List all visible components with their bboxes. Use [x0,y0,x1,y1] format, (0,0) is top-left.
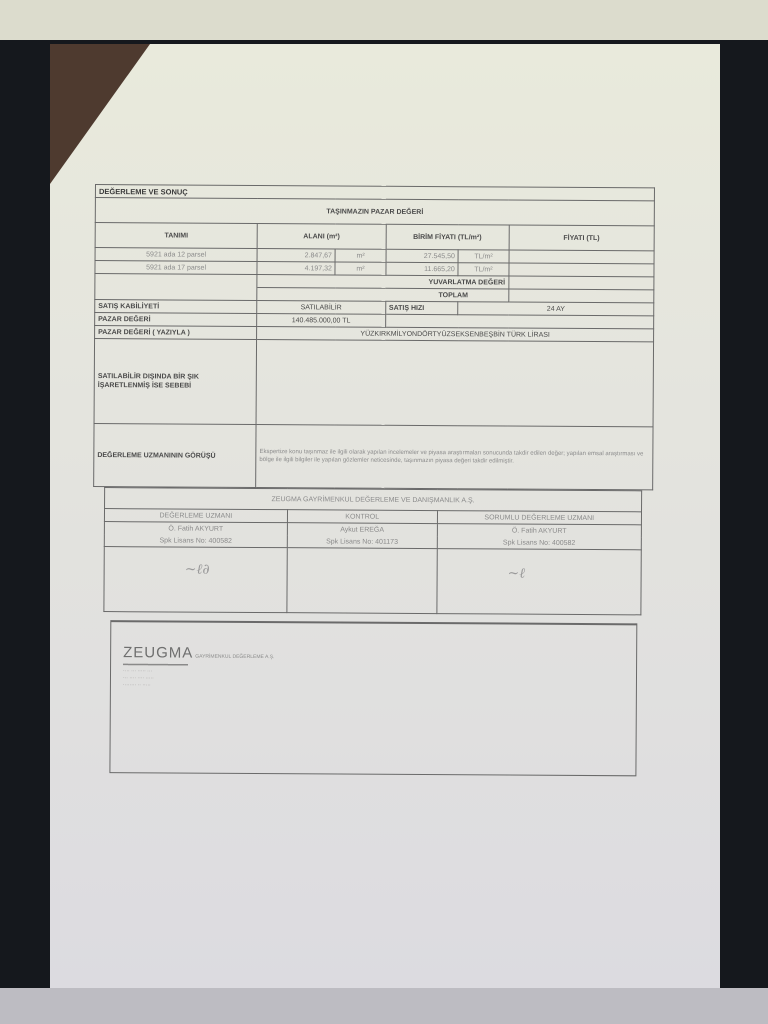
not-saleable-reason-label: SATILABİLİR DIŞINDA BİR ŞIK İŞARETLENMİŞ… [94,339,257,425]
wall-background [0,0,768,42]
row-unit-price: 11.665,20 [386,262,459,275]
signature-area [287,548,438,614]
market-value-label: PAZAR DEĞERİ [95,313,257,327]
row-area-unit: m² [335,249,385,262]
signatory-license: Spk Lisans No: 400582 [437,536,641,550]
col-header-name: TANIMI [95,223,257,249]
total-value [508,289,653,303]
market-value-written-label: PAZAR DEĞERİ ( YAZIYLA ) [95,326,257,340]
market-value: 140.485.000,00 TL [257,313,386,327]
saleability-value: SATILABİLİR [257,300,386,314]
row-price [509,263,654,277]
signature-area: ~ℓ∂ [104,547,287,613]
valuation-document: DEĞERLEME VE SONUÇ TAŞINMAZIN PAZAR DEĞE… [91,184,655,776]
wooden-corner [50,44,150,184]
row-unit-price: 27.545,50 [386,249,459,262]
market-value-title: TAŞINMAZIN PAZAR DEĞERİ [95,198,654,226]
signatory-name: Ö. Fatih AKYURT [105,522,288,536]
row-area: 4.197,32 [257,261,335,274]
signatory-name: Aykut EREĞA [287,523,437,536]
row-unit-price-unit: TL/m² [458,263,508,276]
document-screen: DEĞERLEME VE SONUÇ TAŞINMAZIN PAZAR DEĞE… [50,44,720,988]
stamp-suffix: GAYRİMENKUL DEĞERLEME A.Ş. [195,654,274,660]
row-price [509,250,654,264]
signature-area: ~ℓ [437,549,641,615]
signature-mark: ~ℓ [507,570,525,579]
company-stamp: ZEUGMA GAYRİMENKUL DEĞERLEME A.Ş. ▬▬▬▬▬▬… [123,644,275,690]
signatory-name: Ö. Fatih AKYURT [437,524,641,538]
row-area: 2.847,67 [257,248,335,261]
signatory-role: DEĞERLEME UZMANI [105,509,288,523]
signature-mark: ~ℓ∂ [185,566,210,575]
signatory-license: Spk Lisans No: 401173 [287,535,437,548]
row-name: 5921 ada 12 parsel [95,248,257,262]
stamp-logo: ZEUGMA [123,644,193,661]
row-unit-price-unit: TL/m² [458,250,508,263]
valuation-table: DEĞERLEME VE SONUÇ TAŞINMAZIN PAZAR DEĞE… [93,184,655,490]
rounding-value [508,276,653,290]
row-name: 5921 ada 17 parsel [95,261,257,275]
expert-opinion-label: DEĞERLEME UZMANININ GÖRÜŞÜ [94,423,257,487]
sale-speed-label: SATIŞ HIZI [385,301,458,314]
sale-speed-value: 24 AY [458,302,654,316]
col-header-unit-price: BİRİM FİYATI (TL/m²) [386,224,509,250]
row-area-unit: m² [335,262,385,275]
signatory-license: Spk Lisans No: 400582 [104,534,287,548]
signature-table: ZEUGMA GAYRİMENKUL DEĞERLEME VE DANIŞMAN… [104,487,642,615]
signatory-role: SORUMLU DEĞERLEME UZMANI [437,511,641,525]
col-header-area: ALANI (m²) [257,223,386,249]
col-header-price: FİYATI (TL) [509,225,655,251]
not-saleable-reason [256,339,653,426]
stamp-area: ZEUGMA GAYRİMENKUL DEĞERLEME A.Ş. ▬▬▬▬▬▬… [109,620,637,776]
expert-opinion: Ekspertize konu taşınmaz ile ilgili olar… [256,424,653,489]
signatory-role: KONTROL [287,510,437,524]
desk-surface [0,988,768,1024]
saleability-label: SATIŞ KABİLİYETİ [95,300,257,314]
